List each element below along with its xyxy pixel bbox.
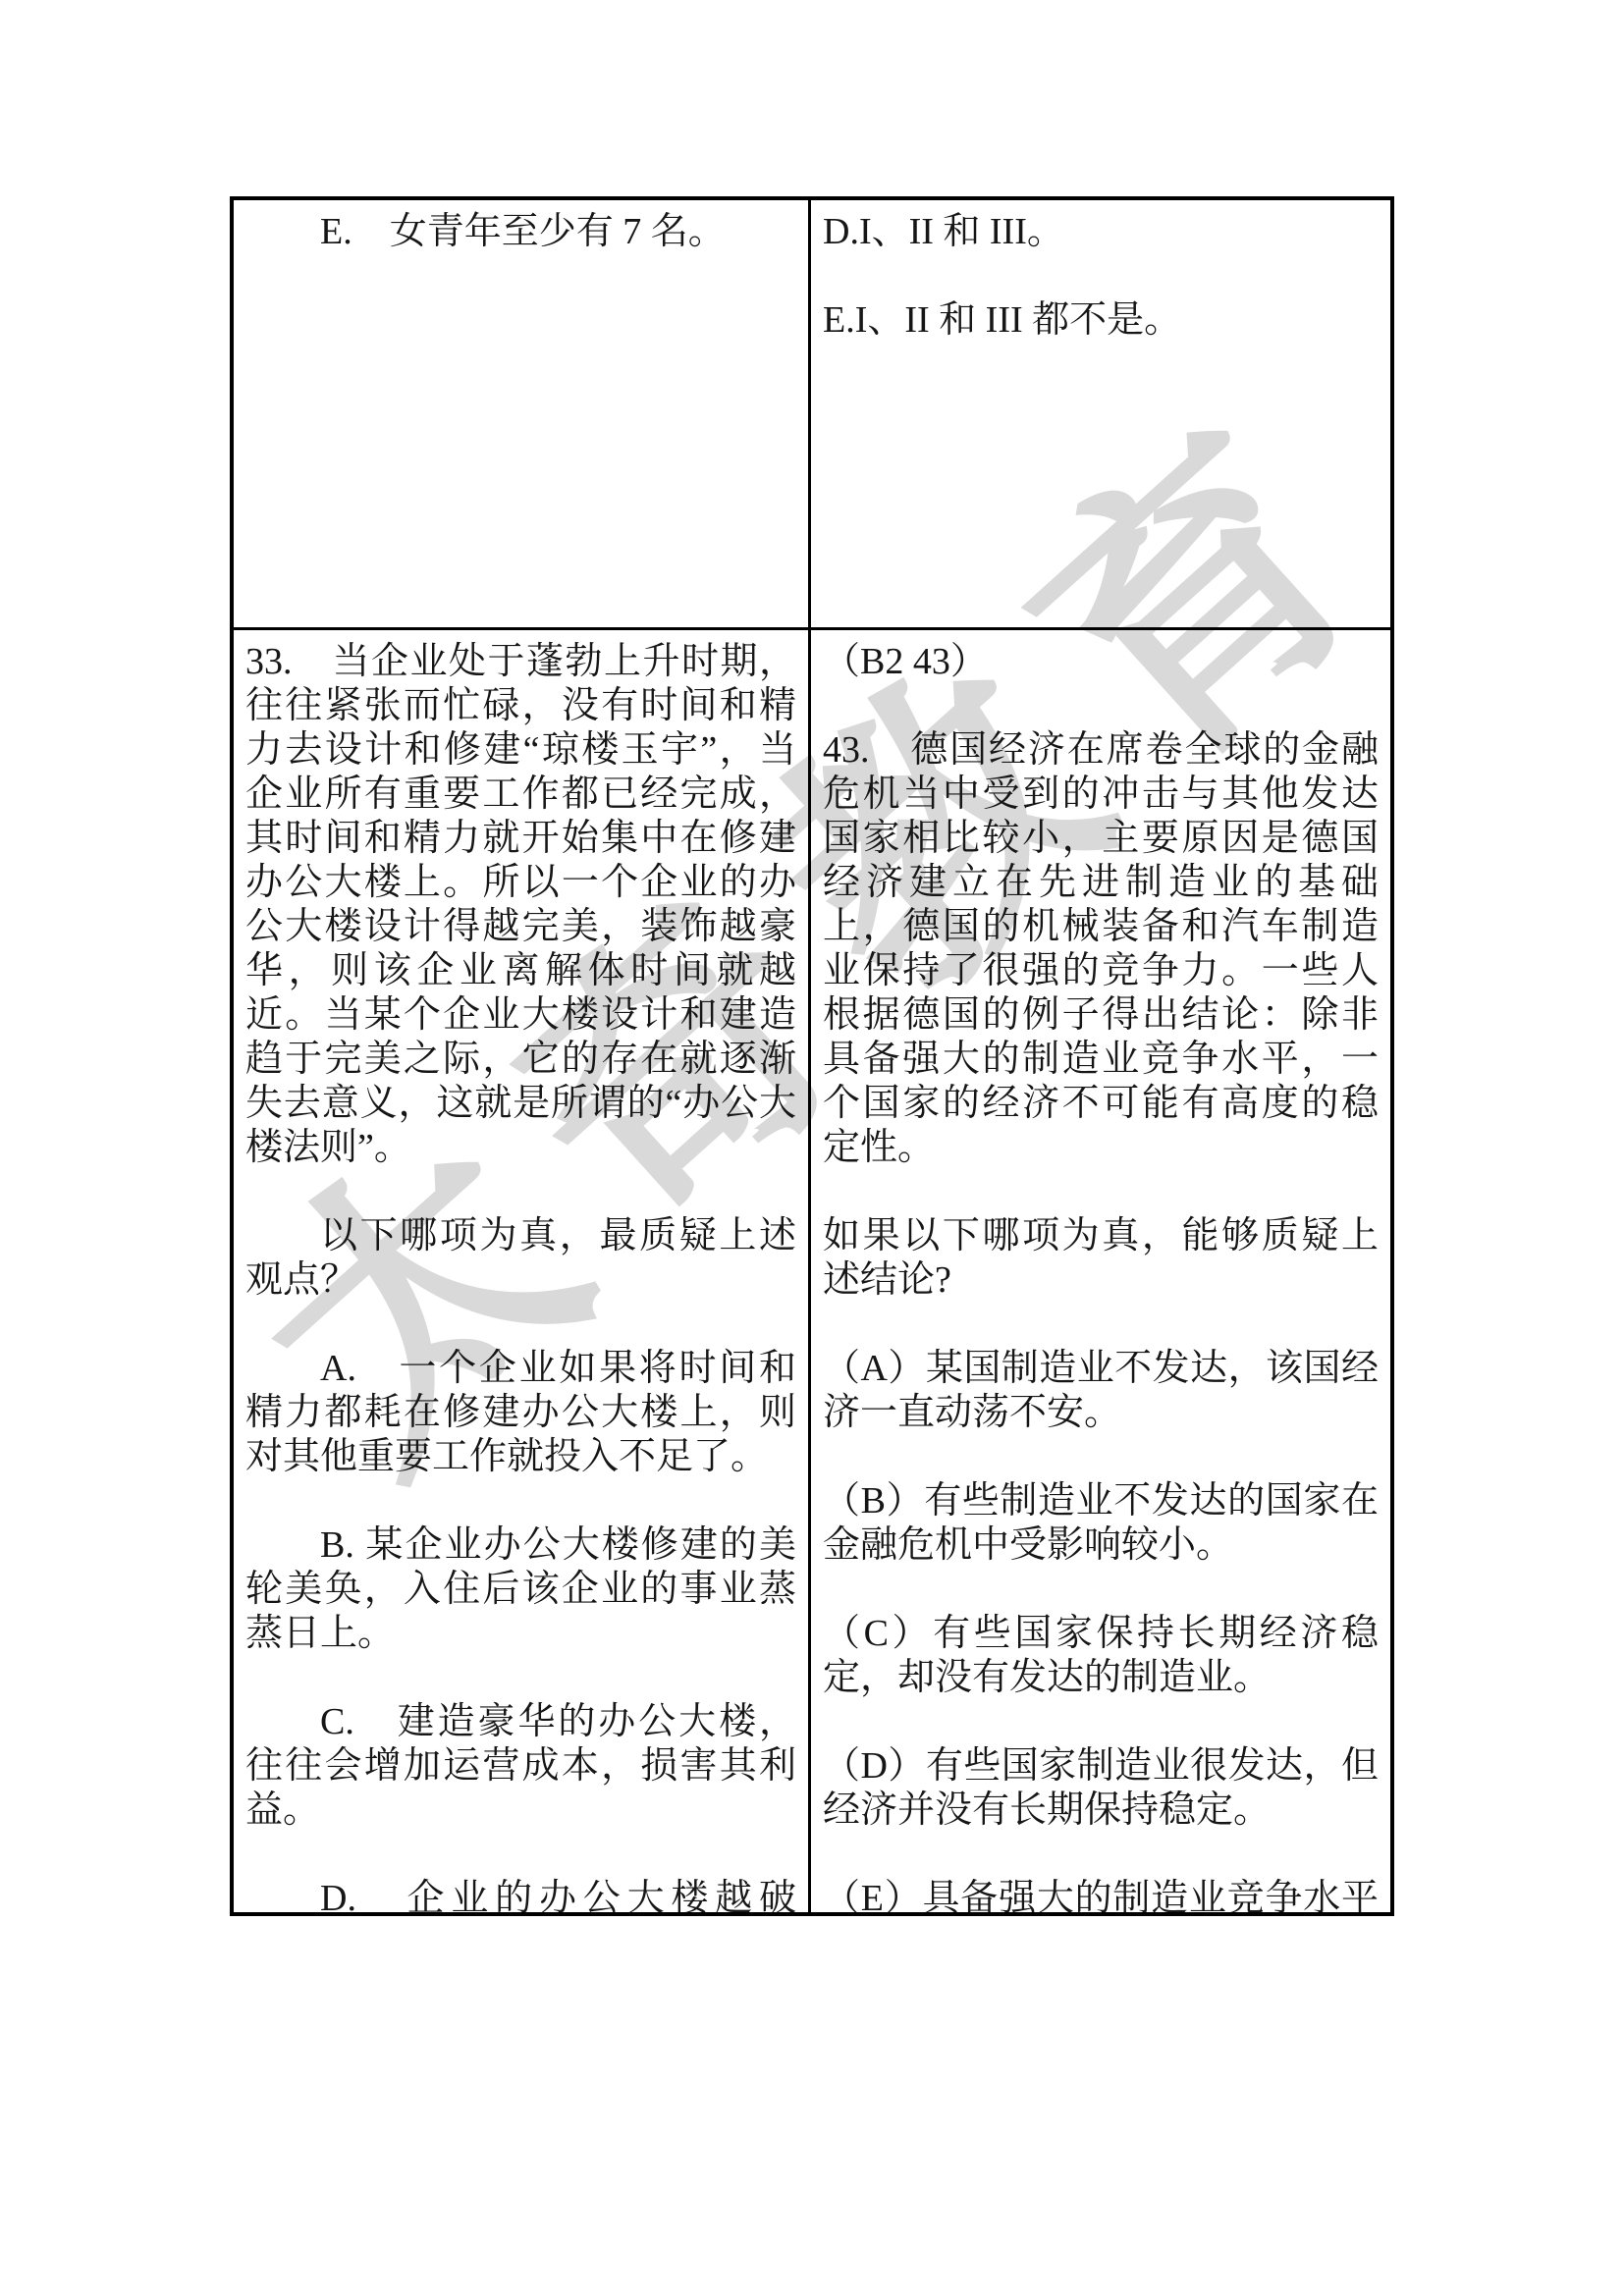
question-43-option-a: （A）某国制造业不发达，该国经济一直动荡不安。	[823, 1347, 1379, 1435]
question-43-option-c: （C）有些国家保持长期经济稳定，却没有发达的制造业。	[823, 1612, 1379, 1700]
cell-question-33: 33. 当企业处于蓬勃上升时期，往往紧张而忙碌，没有时间和精力去设计和修建“琼楼…	[234, 630, 811, 1912]
question-43-option-d: （D）有些国家制造业很发达，但经济并没有长期保持稳定。	[823, 1744, 1379, 1833]
question-33-stem: 33. 当企业处于蓬勃上升时期，往往紧张而忙碌，没有时间和精力去设计和修建“琼楼…	[245, 640, 796, 1170]
prev-question-option-e: E. 女青年至少有 7 名。	[245, 210, 796, 254]
question-33-option-c: C. 建造豪华的办公大楼，往往会增加运营成本，损害其利益。	[245, 1700, 796, 1833]
cell-prev-question-right: D.I、II 和 III。 E.I、II 和 III 都不是。	[811, 200, 1390, 627]
question-table: E. 女青年至少有 7 名。 D.I、II 和 III。 E.I、II 和 II…	[230, 196, 1394, 1916]
prev-question-option-d: D.I、II 和 III。	[823, 210, 1379, 254]
question-33-option-d: D. 企业的办公大楼越破旧，该企业就越来越有活力和生机。	[245, 1877, 796, 1912]
question-33-prompt: 以下哪项为真，最质疑上述观点？	[245, 1214, 796, 1303]
table-row-bottom: 33. 当企业处于蓬勃上升时期，往往紧张而忙碌，没有时间和精力去设计和修建“琼楼…	[234, 630, 1390, 1912]
question-43-option-b: （B）有些制造业不发达的国家在金融危机中受影响较小。	[823, 1479, 1379, 1568]
question-33-option-b: B. 某企业办公大楼修建的美轮美奂，入住后该企业的事业蒸蒸日上。	[245, 1523, 796, 1656]
table-row-top: E. 女青年至少有 7 名。 D.I、II 和 III。 E.I、II 和 II…	[234, 200, 1390, 630]
question-43-option-e: （E）具备强大的制造业竞争水平只是一个国家经济经济有高度稳定性的必要条件而不是充…	[823, 1877, 1379, 1912]
question-43-prompt: 如果以下哪项为真，能够质疑上述结论?	[823, 1214, 1379, 1303]
cell-question-43: （B2 43） 43. 德国经济在席卷全球的金融危机当中受到的冲击与其他发达国家…	[811, 630, 1390, 1912]
prev-question-option-e-right: E.I、II 和 III 都不是。	[823, 298, 1379, 343]
document-page: 太奇教育 E. 女青年至少有 7 名。 D.I、II 和 III。 E.I、II…	[0, 0, 1624, 2296]
question-43-stem: 43. 德国经济在席卷全球的金融危机当中受到的冲击与其他发达国家相比较小，主要原…	[823, 728, 1379, 1170]
question-43-source-tag: （B2 43）	[823, 640, 1379, 684]
question-33-option-a: A. 一个企业如果将时间和精力都耗在修建办公大楼上，则对其他重要工作就投入不足了…	[245, 1347, 796, 1479]
cell-prev-question-left: E. 女青年至少有 7 名。	[234, 200, 811, 627]
